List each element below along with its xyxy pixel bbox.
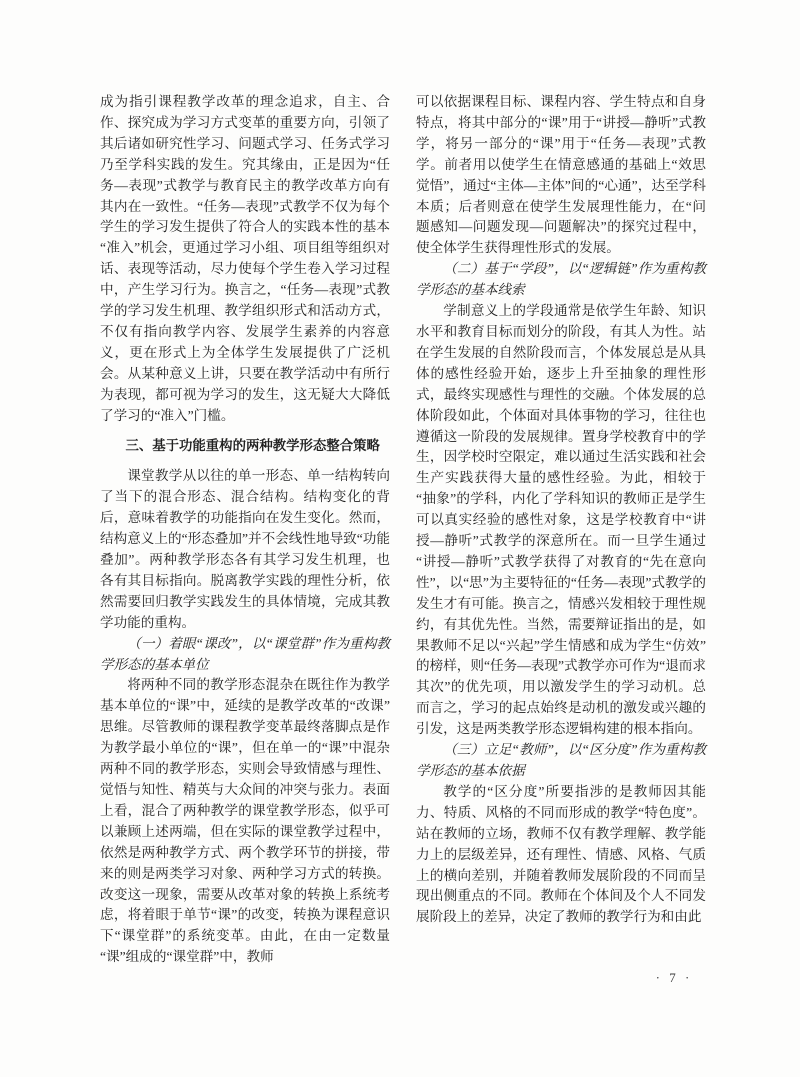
subsection-heading: （二）基于“学段”，以“逻辑链”作为重构教学形态的基本线索 <box>416 259 706 301</box>
paragraph: 将两种不同的教学形态混杂在既往作为教学基本单位的“课”中，延续的是教学改革的“改… <box>100 675 390 968</box>
document-page: 成为指引课程教学改革的理念追求，自主、合作、探究成为学习方式变革的重要方向，引领… <box>0 0 800 1077</box>
text-columns: 成为指引课程教学改革的理念追求，自主、合作、探究成为学习方式变革的重要方向，引领… <box>100 92 706 968</box>
paragraph: 可以依据课程目标、课程内容、学生特点和自身特点，将其中部分的“课”用于“讲授—静… <box>416 92 706 259</box>
paragraph: 课堂教学从以往的单一形态、单一结构转向了当下的混合形态、混合结构。结构变化的背后… <box>100 466 390 633</box>
column-right: 可以依据课程目标、课程内容、学生特点和自身特点，将其中部分的“课”用于“讲授—静… <box>416 92 706 968</box>
column-left: 成为指引课程教学改革的理念追求，自主、合作、探究成为学习方式变革的重要方向，引领… <box>100 92 390 968</box>
paragraph: 学制意义上的学段通常是依学生年龄、知识水平和教育目标而划分的阶段，有其人为性。站… <box>416 301 706 740</box>
paragraph: 教学的“区分度”所要指涉的是教师因其能力、特质、风格的不同而形成的教学“特色度”… <box>416 782 706 928</box>
subsection-heading: （三）立足“教师”，以“区分度”作为重构教学形态的基本依据 <box>416 740 706 782</box>
section-heading: 三、基于功能重构的两种教学形态整合策略 <box>100 436 390 457</box>
subsection-heading: （一）着眼“课改”，以“课堂群”作为重构教学形态的基本单位 <box>100 634 390 676</box>
page-number: · 7 · <box>628 970 720 986</box>
paragraph: 成为指引课程教学改革的理念追求，自主、合作、探究成为学习方式变革的重要方向，引领… <box>100 92 390 427</box>
